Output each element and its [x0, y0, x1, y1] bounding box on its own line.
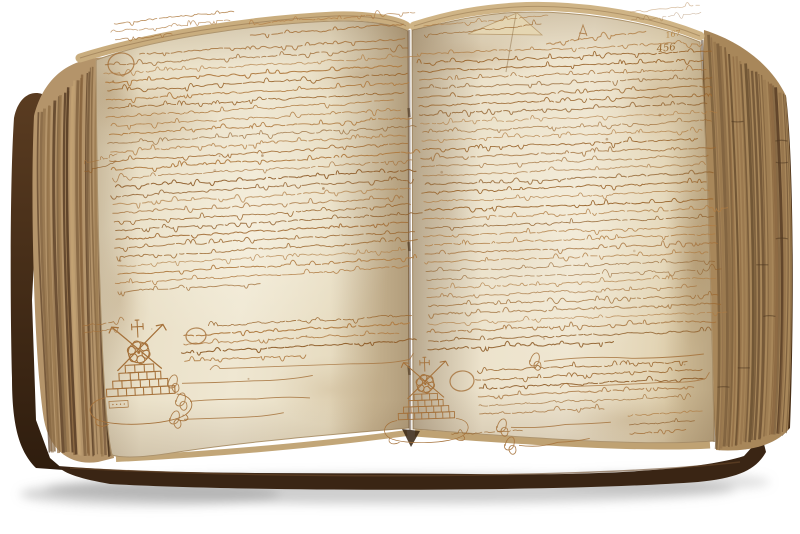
photo-of-open-manuscript: 167 456: [0, 0, 800, 534]
page-edges-right: [702, 30, 792, 450]
folio-number-lower: 456: [655, 42, 677, 55]
left-page: [80, 14, 415, 460]
manuscript-photo-canvas: 167 456: [0, 0, 800, 534]
generated-scene: [11, 1, 793, 506]
